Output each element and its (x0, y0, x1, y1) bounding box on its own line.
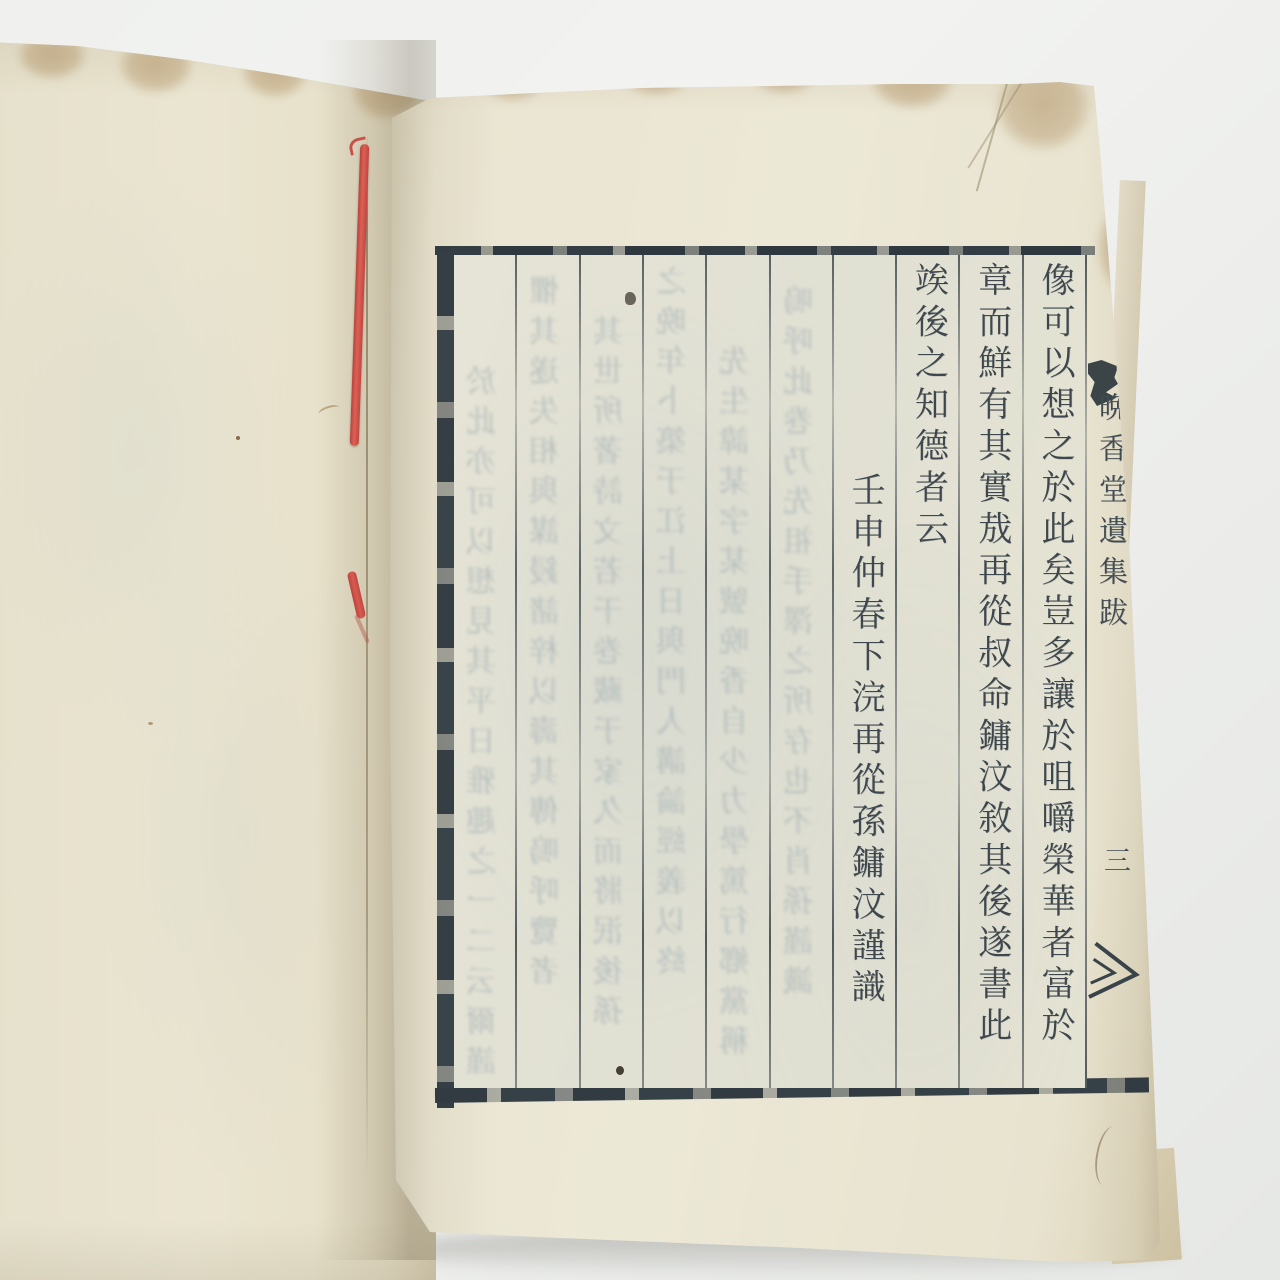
bleedthrough-text: 嗚呼此巻乃先祖手澤之所存也不肖孫謹識 (771, 255, 832, 1088)
column-text: 竢後之知德者云 (897, 255, 958, 1088)
empty-column: 於此亦可以想見其平日雅趣之一二云爾謹 (454, 255, 515, 1088)
paper-speck (616, 1066, 624, 1075)
column-text: 章而鮮有其實㦲再從叔命鏞汶敘其後遂書此以 (960, 255, 1021, 1088)
empty-column: 之晩年卜築于江上日與門人講論經義以終 (642, 255, 705, 1088)
text-column-2: 章而鮮有其實㦲再從叔命鏞汶敘其後遂書此以 (958, 255, 1021, 1088)
bleedthrough-text: 其世所著詩文若干巻藏于家久而將泯後孫 (581, 255, 642, 1088)
fishtail-ornament-bottom (1085, 941, 1146, 1007)
water-stain (6, 22, 98, 88)
ink-smudge (625, 292, 636, 305)
text-column-4-signature: 壬申仲春下浣再從孫鏞汶謹識 (832, 255, 895, 1088)
print-frame-top-border (435, 246, 1095, 255)
water-stain (230, 34, 320, 108)
gutter-seam-crease (366, 132, 368, 1180)
column-text: 像可以想之於此矣豈多讓於咀嚼榮華者富於文 (1024, 255, 1085, 1088)
text-column-3: 竢後之知德者云 (895, 255, 958, 1088)
folio-page-number: 三 (1088, 846, 1140, 906)
bleedthrough-text: 先生諱某字某號晩香自少力學篤行鄕黨稱 (707, 255, 768, 1088)
bleedthrough-text: 之晩年卜築于江上日與門人講論經義以終 (644, 255, 705, 1088)
empty-column: 其世所著詩文若干巻藏于家久而將泯後孫 (579, 255, 642, 1088)
bleedthrough-text: 於此亦可以想見其平日雅趣之一二云爾謹 (454, 255, 515, 1088)
text-grid: 像可以想之於此矣豈多讓於咀嚼榮華者富於文 章而鮮有其實㦲再從叔命鏞汶敘其後遂書此… (454, 255, 1087, 1088)
water-stain (106, 26, 206, 104)
right-printed-page: 像可以想之於此矣豈多讓於咀嚼榮華者富於文 章而鮮有其實㦲再從叔命鏞汶敘其後遂書此… (388, 58, 1172, 1270)
column-text: 壬申仲春下浣再從孫鏞汶謹識 (834, 255, 895, 1088)
paper-speck (148, 722, 153, 725)
empty-column: 嗚呼此巻乃先祖手澤之所存也不肖孫謹識 (769, 255, 832, 1088)
paper-speck (236, 436, 240, 440)
text-column-1: 像可以想之於此矣豈多讓於咀嚼榮華者富於文 (1022, 255, 1085, 1088)
photo-of-open-woodblock-book: 像可以想之於此矣豈多讓於咀嚼榮華者富於文 章而鮮有其實㦲再從叔命鏞汶敘其後遂書此… (0, 0, 1280, 1280)
print-frame-left-border (437, 252, 454, 1108)
empty-column: 先生諱某字某號晩香自少力學篤行鄕黨稱 (705, 255, 768, 1088)
empty-column: 懼其遂失相與謀鋟諸梓以壽其傳嗚呼覽者 (515, 255, 578, 1088)
bleedthrough-text: 懼其遂失相與謀鋟諸梓以壽其傳嗚呼覽者 (517, 255, 578, 1088)
